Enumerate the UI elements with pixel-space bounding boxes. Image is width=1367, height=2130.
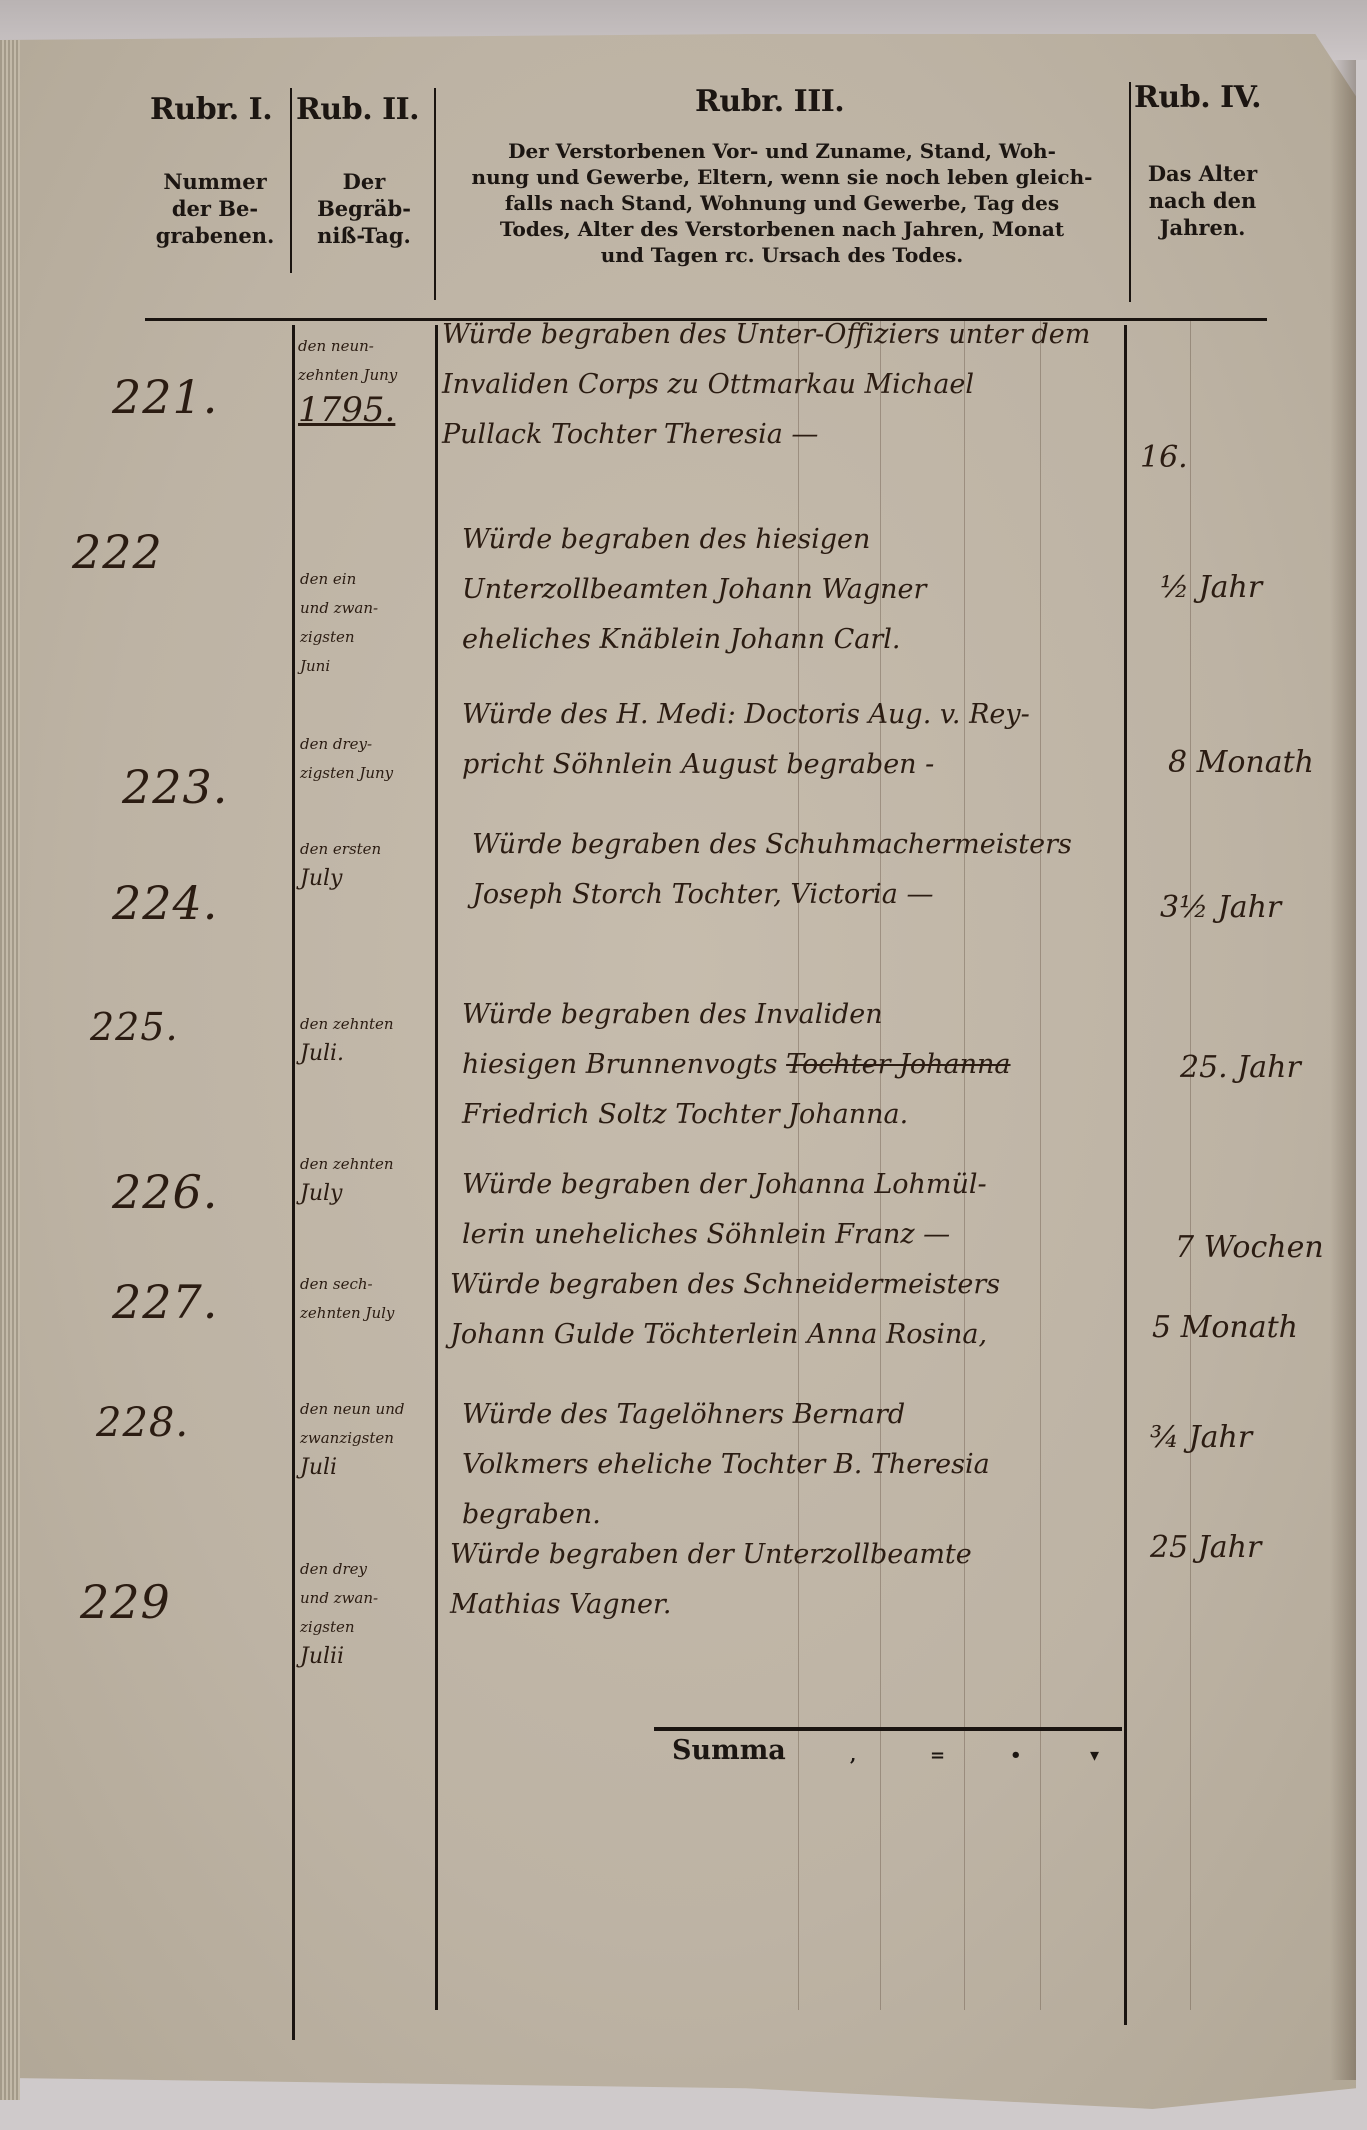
entry-age: ¾ Jahr [1150,1420,1252,1455]
text-line: Würde des Tagelöhners Bernard [462,1390,990,1440]
entry-date: den sech- zehnten July [300,1270,394,1328]
text-line: Würde des H. Medi: Doctoris Aug. v. Rey- [462,690,1030,740]
text-line: Friedrich Soltz Tochter Johanna. [462,1090,1011,1140]
entry-text: Würde des Tagelöhners Bernard Volkmers e… [462,1390,990,1540]
entry-age: 25 Jahr [1150,1530,1261,1565]
entry-number: 223. [122,760,228,814]
date-line: den neun- [298,332,397,361]
entry-number: 221. [112,370,218,424]
date-line: zehnten July [300,1299,394,1328]
rubric-2-line: niß-Tag. [294,222,434,249]
entry-date: den ein und zwan- zigsten Juni [300,565,378,681]
text-column-right-rule [1124,325,1127,2025]
rubric-3-title: Rubr. III. [695,84,844,119]
entry-age: 7 Wochen [1175,1230,1324,1265]
date-line: den drey [300,1555,378,1584]
entry-date: den drey- zigsten Juny [300,730,393,788]
text-line-struck: hiesigen Brunnenvogts Tochter Johanna [462,1040,1011,1090]
text-line: eheliches Knäblein Johann Carl. [462,615,926,665]
entry-number: 229 [80,1575,171,1629]
date-year: 1795. [298,390,395,430]
rubric-1-line: grabenen. [140,222,290,249]
entry-age: 16. [1140,440,1188,475]
text-line: Joseph Storch Tochter, Victoria — [472,870,1072,920]
text-line: pricht Söhnlein August begraben - [462,740,1030,790]
rubric-2-line: Der [294,168,434,195]
date-line: zigsten [300,1613,378,1642]
entry-date: den zehnten July [300,1150,394,1208]
summa-marker: , [850,1745,856,1766]
entry-age: 8 Monath [1168,745,1314,780]
date-line: Julii [300,1642,378,1671]
rubric-2-line: Begräb- [294,195,434,222]
rubric-2-title: Rub. II. [296,92,419,127]
date-line: den ersten [300,835,381,864]
summa-rule [654,1727,1122,1731]
page-edges [0,40,20,2100]
date-line: den ein [300,565,378,594]
entry-number: 224. [112,876,218,930]
column-divider-2 [434,88,436,300]
date-line: zigsten [300,623,378,652]
date-line: Juli [300,1453,404,1482]
entry-text: Würde begraben des hiesigen Unterzollbea… [462,515,926,665]
rubric-1-title: Rubr. I. [150,92,272,127]
text-line: Johann Gulde Töchterlein Anna Rosina, [450,1310,1000,1360]
entry-text: Würde begraben des Invaliden hiesigen Br… [462,990,1011,1140]
text-line: Pullack Tochter Theresia — [442,410,1090,460]
page-gutter-shadow [1330,60,1356,2080]
entry-text: Würde des H. Medi: Doctoris Aug. v. Rey-… [462,690,1030,790]
date-line: July [300,864,381,893]
entry-date: den neun- zehnten Juny 1795. [298,332,397,430]
rubric-3-line: Todes, Alter des Verstorbenen nach Jahre… [438,216,1126,242]
text-line: Volkmers eheliche Tochter B. Theresia [462,1440,990,1490]
rubric-3-line: Der Verstorbenen Vor- und Zuname, Stand,… [438,138,1126,164]
entry-text: Würde begraben der Unterzollbeamte Mathi… [450,1530,972,1630]
date-line: den drey- [300,730,393,759]
date-line: zigsten Juny [300,759,393,788]
rubric-4-description: Das Alter nach den Jahren. [1130,160,1275,241]
date-line: den zehnten [300,1010,394,1039]
entry-text: Würde begraben des Unter-Offiziers unter… [442,310,1090,460]
entry-number: 227. [112,1275,218,1329]
entry-date: den neun und zwanzigsten Juli [300,1395,404,1482]
summa-marker: = [930,1745,945,1766]
rubric-1-line: Nummer [140,168,290,195]
date-line: Juli. [300,1039,394,1068]
date-column-left-rule [292,325,295,2040]
entry-date: den ersten July [300,835,381,893]
date-line: und zwan- [300,594,378,623]
rubric-1-description: Nummer der Be- grabenen. [140,168,290,249]
entry-text: Würde begraben der Johanna Lohmül- lerin… [462,1160,987,1260]
entry-age: 25. Jahr [1180,1050,1301,1085]
date-line: zwanzigsten [300,1424,404,1453]
text-line: Würde begraben der Johanna Lohmül- [462,1160,987,1210]
struck-text: Tochter Johanna [786,1049,1010,1080]
entry-number: 228. [96,1400,189,1446]
entry-text: Würde begraben des Schneidermeisters Joh… [450,1260,1000,1360]
date-line: den sech- [300,1270,394,1299]
date-line: den neun und [300,1395,404,1424]
text-line: Mathias Vagner. [450,1580,972,1630]
text-line: Würde begraben des Schuhmachermeisters [472,820,1072,870]
summa-marker: ▾ [1090,1745,1099,1766]
entry-date: den zehnten Juli. [300,1010,394,1068]
date-line: zehnten Juny [298,361,397,390]
date-column-right-rule [435,325,438,2010]
date-line: July [300,1179,394,1208]
entry-text: Würde begraben des Schuhmachermeisters J… [472,820,1072,920]
entry-age: 3½ Jahr [1160,890,1281,925]
rubric-4-line: Jahren. [1130,214,1275,241]
text-line: Unterzollbeamten Johann Wagner [462,565,926,615]
text-line: Invaliden Corps zu Ottmarkau Michael [442,360,1090,410]
column-divider-1 [290,88,292,273]
text-line: Würde begraben des Invaliden [462,990,1011,1040]
rubric-2-description: Der Begräb- niß-Tag. [294,168,434,249]
summa-label: Summa [672,1735,786,1766]
text-line: Würde begraben des Schneidermeisters [450,1260,1000,1310]
rubric-4-title: Rub. IV. [1134,80,1261,115]
rubric-3-description: Der Verstorbenen Vor- und Zuname, Stand,… [438,138,1126,268]
entry-number: 222 [72,525,163,579]
date-line: den zehnten [300,1150,394,1179]
text-line: Würde begraben des Unter-Offiziers unter… [442,310,1090,360]
rubric-4-line: Das Alter [1130,160,1275,187]
date-line: Juni [300,652,378,681]
rubric-3-line: und Tagen rc. Ursach des Todes. [438,242,1126,268]
date-line: und zwan- [300,1584,378,1613]
text-line: Würde begraben der Unterzollbeamte [450,1530,972,1580]
rubric-4-line: nach den [1130,187,1275,214]
entry-number: 226. [112,1165,218,1219]
rubric-3-line: nung und Gewerbe, Eltern, wenn sie noch … [438,164,1126,190]
rubric-1-line: der Be- [140,195,290,222]
summa-marker: • [1010,1745,1022,1766]
text-line: Würde begraben des hiesigen [462,515,926,565]
entry-age: 5 Monath [1152,1310,1298,1345]
text-line: lerin uneheliches Söhnlein Franz — [462,1210,987,1260]
entry-number: 225. [90,1005,179,1049]
rubric-3-line: falls nach Stand, Wohnung und Gewerbe, T… [438,190,1126,216]
entry-date: den drey und zwan- zigsten Julii [300,1555,378,1671]
entry-age: ½ Jahr [1160,570,1262,605]
faint-rule [1040,320,1041,2010]
